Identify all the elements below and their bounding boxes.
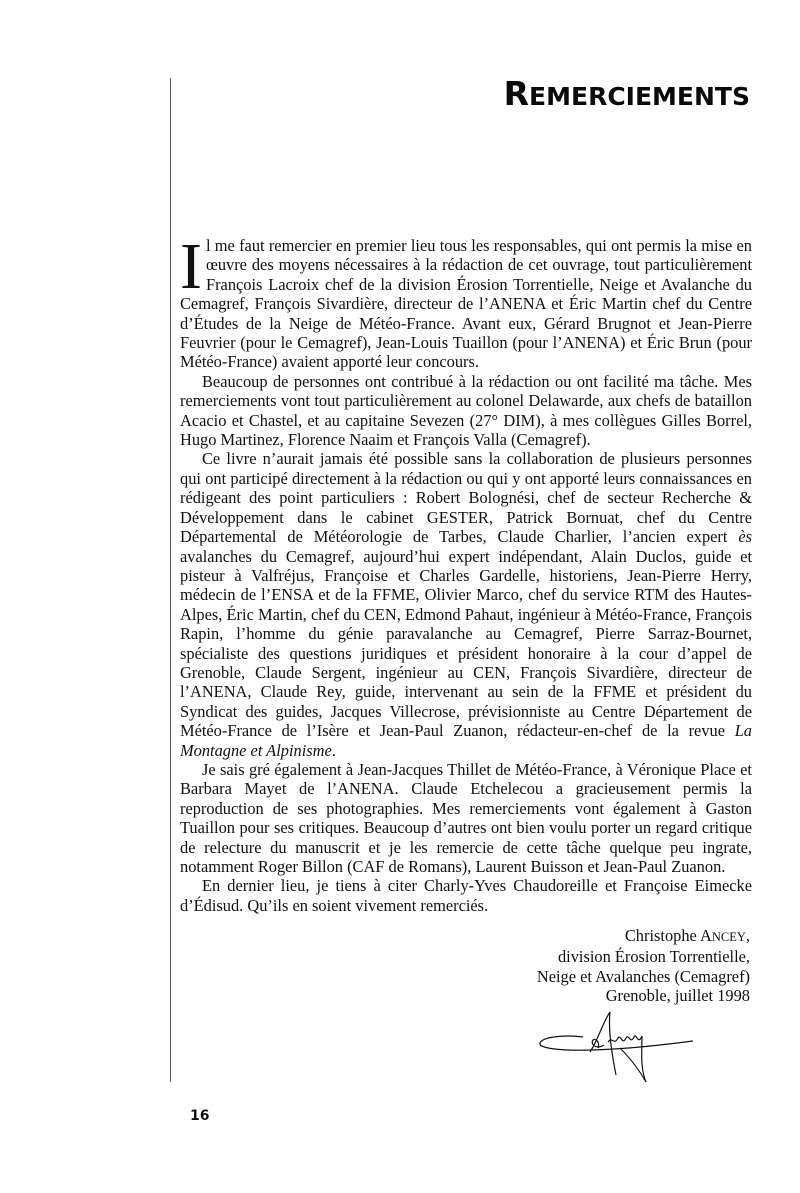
author-org: Neige et Avalanches (Cemagref) [537, 967, 750, 986]
author-surname-initial: A [700, 926, 712, 945]
paragraph-4: Je sais gré également à Jean-Jacques Thi… [180, 760, 752, 876]
author-first-name: Christophe [625, 926, 700, 945]
title-rest: EMERCIEMENTS [529, 82, 750, 111]
author-name: Christophe ANCEY, [537, 926, 750, 947]
paragraph-3-end: . [332, 741, 336, 760]
margin-rule [170, 78, 171, 1082]
paragraph-3-text-a: Ce livre n’aurait jamais été possible sa… [180, 449, 752, 546]
paragraph-3: Ce livre n’aurait jamais été possible sa… [180, 449, 752, 760]
page-number: 16 [190, 1108, 209, 1124]
title-initial: R [504, 74, 529, 113]
drop-cap: I [180, 240, 202, 294]
page-title: REMERCIEMENTS [504, 74, 750, 113]
author-division: division Érosion Torrentielle, [537, 947, 750, 966]
author-comma: , [746, 926, 750, 945]
paragraph-1: Il me faut remercier en premier lieu tou… [180, 236, 752, 372]
place-date: Grenoble, juillet 1998 [537, 986, 750, 1005]
acknowledgements-body: Il me faut remercier en premier lieu tou… [180, 236, 752, 915]
paragraph-5: En dernier lieu, je tiens à citer Charly… [180, 876, 752, 915]
italic-es: ès [738, 527, 752, 546]
paragraph-1-text: l me faut remercier en premier lieu tous… [180, 236, 752, 371]
signature-icon [538, 1010, 698, 1090]
signoff-block: Christophe ANCEY, division Érosion Torre… [537, 926, 750, 1006]
paragraph-3-text-b: avalanches du Cemagref, aujourd’hui expe… [180, 547, 752, 741]
author-surname-rest: NCEY [712, 930, 746, 944]
paragraph-2: Beaucoup de personnes ont contribué à la… [180, 372, 752, 450]
